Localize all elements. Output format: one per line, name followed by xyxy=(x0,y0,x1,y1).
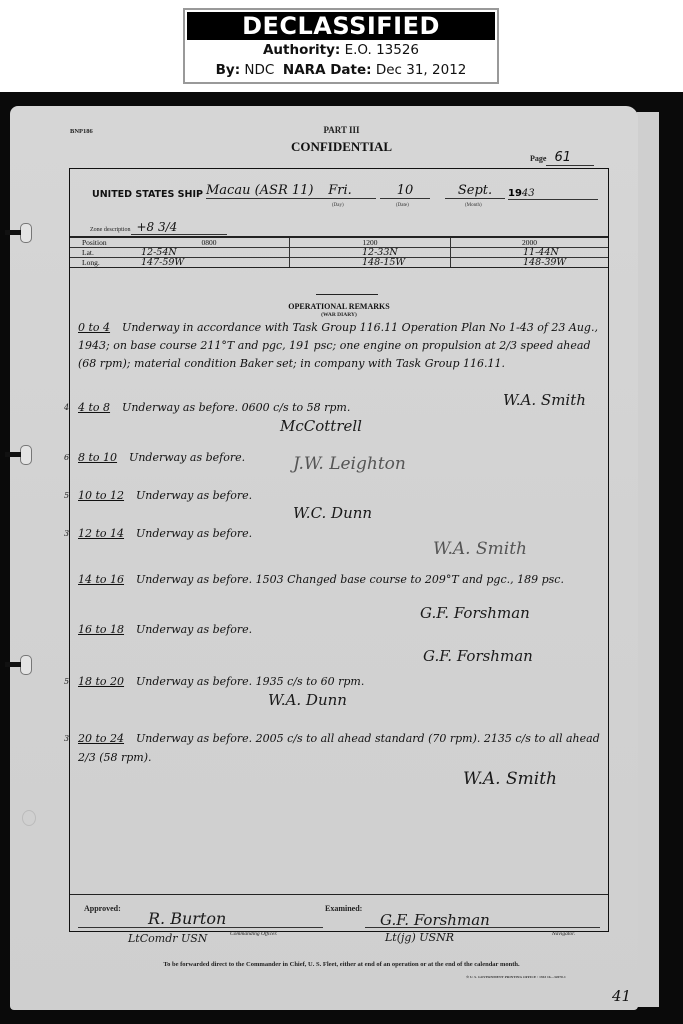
signature: W.A. Smith xyxy=(433,539,527,559)
remarks-title: OPERATIONAL REMARKS xyxy=(70,302,608,311)
signature: J.W. Leighton xyxy=(293,454,406,474)
day-caption: (Day) xyxy=(332,203,344,208)
approved-rank: LtComdr USN xyxy=(128,932,207,945)
approved-label: Approved: xyxy=(84,904,121,913)
examined-label: Examined: xyxy=(325,904,362,913)
binder-clip-icon xyxy=(20,655,32,675)
binder-clip-icon xyxy=(20,223,32,243)
position-long-row: Long. 147-59W 148-15W 148-39W xyxy=(70,258,608,268)
divider xyxy=(316,294,378,295)
position-lat-row: Lat. 12-54N 12-33N 11-44N xyxy=(70,248,608,258)
handwritten-corner-number: 41 xyxy=(612,987,631,1005)
signature: G.F. Forshman xyxy=(420,604,530,622)
remarks-subtitle: (WAR DIARY) xyxy=(70,312,608,318)
examined-rank: Lt(jg) USNR xyxy=(385,931,454,944)
signature: W.A. Smith xyxy=(463,769,557,789)
position-header-row: Position 0800 1200 2000 xyxy=(70,237,608,248)
signature: W.A. Dunn xyxy=(268,691,347,709)
printing-office-imprint: ☆ U. S. GOVERNMENT PRINTING OFFICE : 194… xyxy=(466,975,566,979)
declassified-stamp: DECLASSIFIED Authority: E.O. 13526 By: N… xyxy=(183,8,499,84)
month-field: Sept. xyxy=(445,183,505,199)
diary-entry: 14 to 16Underway as before. 1503 Changed… xyxy=(78,571,603,588)
position-table: Position 0800 1200 2000 Lat. 12-54N 12-3… xyxy=(70,236,608,268)
punch-hole-icon xyxy=(22,810,36,826)
co-caption: Commanding Officer. xyxy=(230,931,277,937)
approved-signature: R. Burton xyxy=(148,909,226,928)
diary-entry: 0 to 4Underway in accordance with Task G… xyxy=(78,319,603,373)
signature: G.F. Forshman xyxy=(423,647,533,665)
diary-entry: 4 4 to 8Underway as before. 0600 c/s to … xyxy=(78,399,603,417)
date-field: 10 xyxy=(380,183,430,199)
diary-entry: 3 20 to 24Underway as before. 2005 c/s t… xyxy=(78,729,603,767)
signature: W.C. Dunn xyxy=(293,504,372,522)
stamp-title: DECLASSIFIED xyxy=(187,12,495,40)
co-signature-line xyxy=(78,927,323,928)
date-caption: (Date) xyxy=(396,203,409,208)
navigator-caption: Navigator. xyxy=(552,931,575,937)
war-diary-form: UNITED STATES SHIP Macau (ASR 11) Fri. 1… xyxy=(69,168,609,932)
diary-entry: 16 to 18Underway as before. xyxy=(78,621,603,639)
navigator-signature-line xyxy=(365,927,600,928)
month-caption: (Month) xyxy=(465,203,482,208)
binder-clip-icon xyxy=(20,445,32,465)
year-field: 1943 xyxy=(508,188,598,200)
diary-entry: 5 10 to 12Underway as before. xyxy=(78,487,603,505)
stamp-by-date: By: NDC NARA Date: Dec 31, 2012 xyxy=(185,60,497,80)
forwarding-instruction: To be forwarded direct to the Commander … xyxy=(0,961,683,968)
page-number: Page61 xyxy=(530,150,594,166)
signature: McCottrell xyxy=(280,417,362,435)
stamp-authority: Authority: E.O. 13526 xyxy=(185,40,497,60)
back-sheet-edge xyxy=(636,112,659,1007)
part-heading: PART III xyxy=(0,125,683,135)
diary-entry: 5 18 to 20Underway as before. 1935 c/s t… xyxy=(78,673,603,691)
ship-label: UNITED STATES SHIP xyxy=(92,189,203,200)
day-field: Fri. xyxy=(315,183,365,199)
zone-description: Zone description+8 3/4 xyxy=(90,220,227,235)
approval-divider xyxy=(70,894,608,895)
